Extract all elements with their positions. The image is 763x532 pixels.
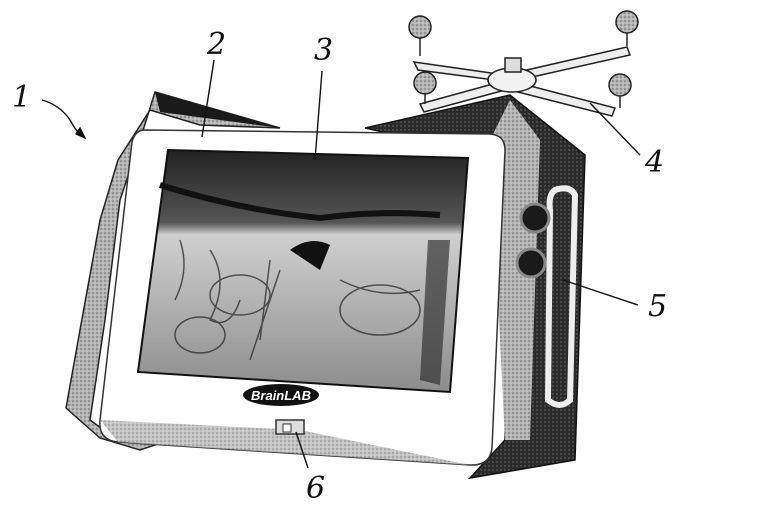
svg-text:BrainLAB: BrainLAB xyxy=(251,388,311,403)
control-knob-lower xyxy=(517,249,545,277)
monitor-drawing: BrainLAB xyxy=(0,0,763,532)
reference-numeral-5: 5 xyxy=(648,292,667,322)
bottom-connector xyxy=(276,420,304,434)
control-knob-upper xyxy=(521,204,549,232)
marker-sphere xyxy=(409,16,431,38)
marker-sphere xyxy=(616,11,638,33)
marker-array xyxy=(409,11,638,116)
marker-sphere xyxy=(609,74,631,96)
reference-numeral-1: 1 xyxy=(12,83,31,113)
display-screen xyxy=(138,150,468,392)
patent-figure: BrainLAB xyxy=(0,0,763,532)
reference-numeral-2: 2 xyxy=(207,30,226,60)
reference-numeral-3: 3 xyxy=(314,36,333,66)
marker-sphere xyxy=(414,72,436,94)
reference-numeral-4: 4 xyxy=(645,148,664,178)
brand-logo: BrainLAB xyxy=(243,384,319,406)
reference-numeral-6: 6 xyxy=(306,474,325,504)
